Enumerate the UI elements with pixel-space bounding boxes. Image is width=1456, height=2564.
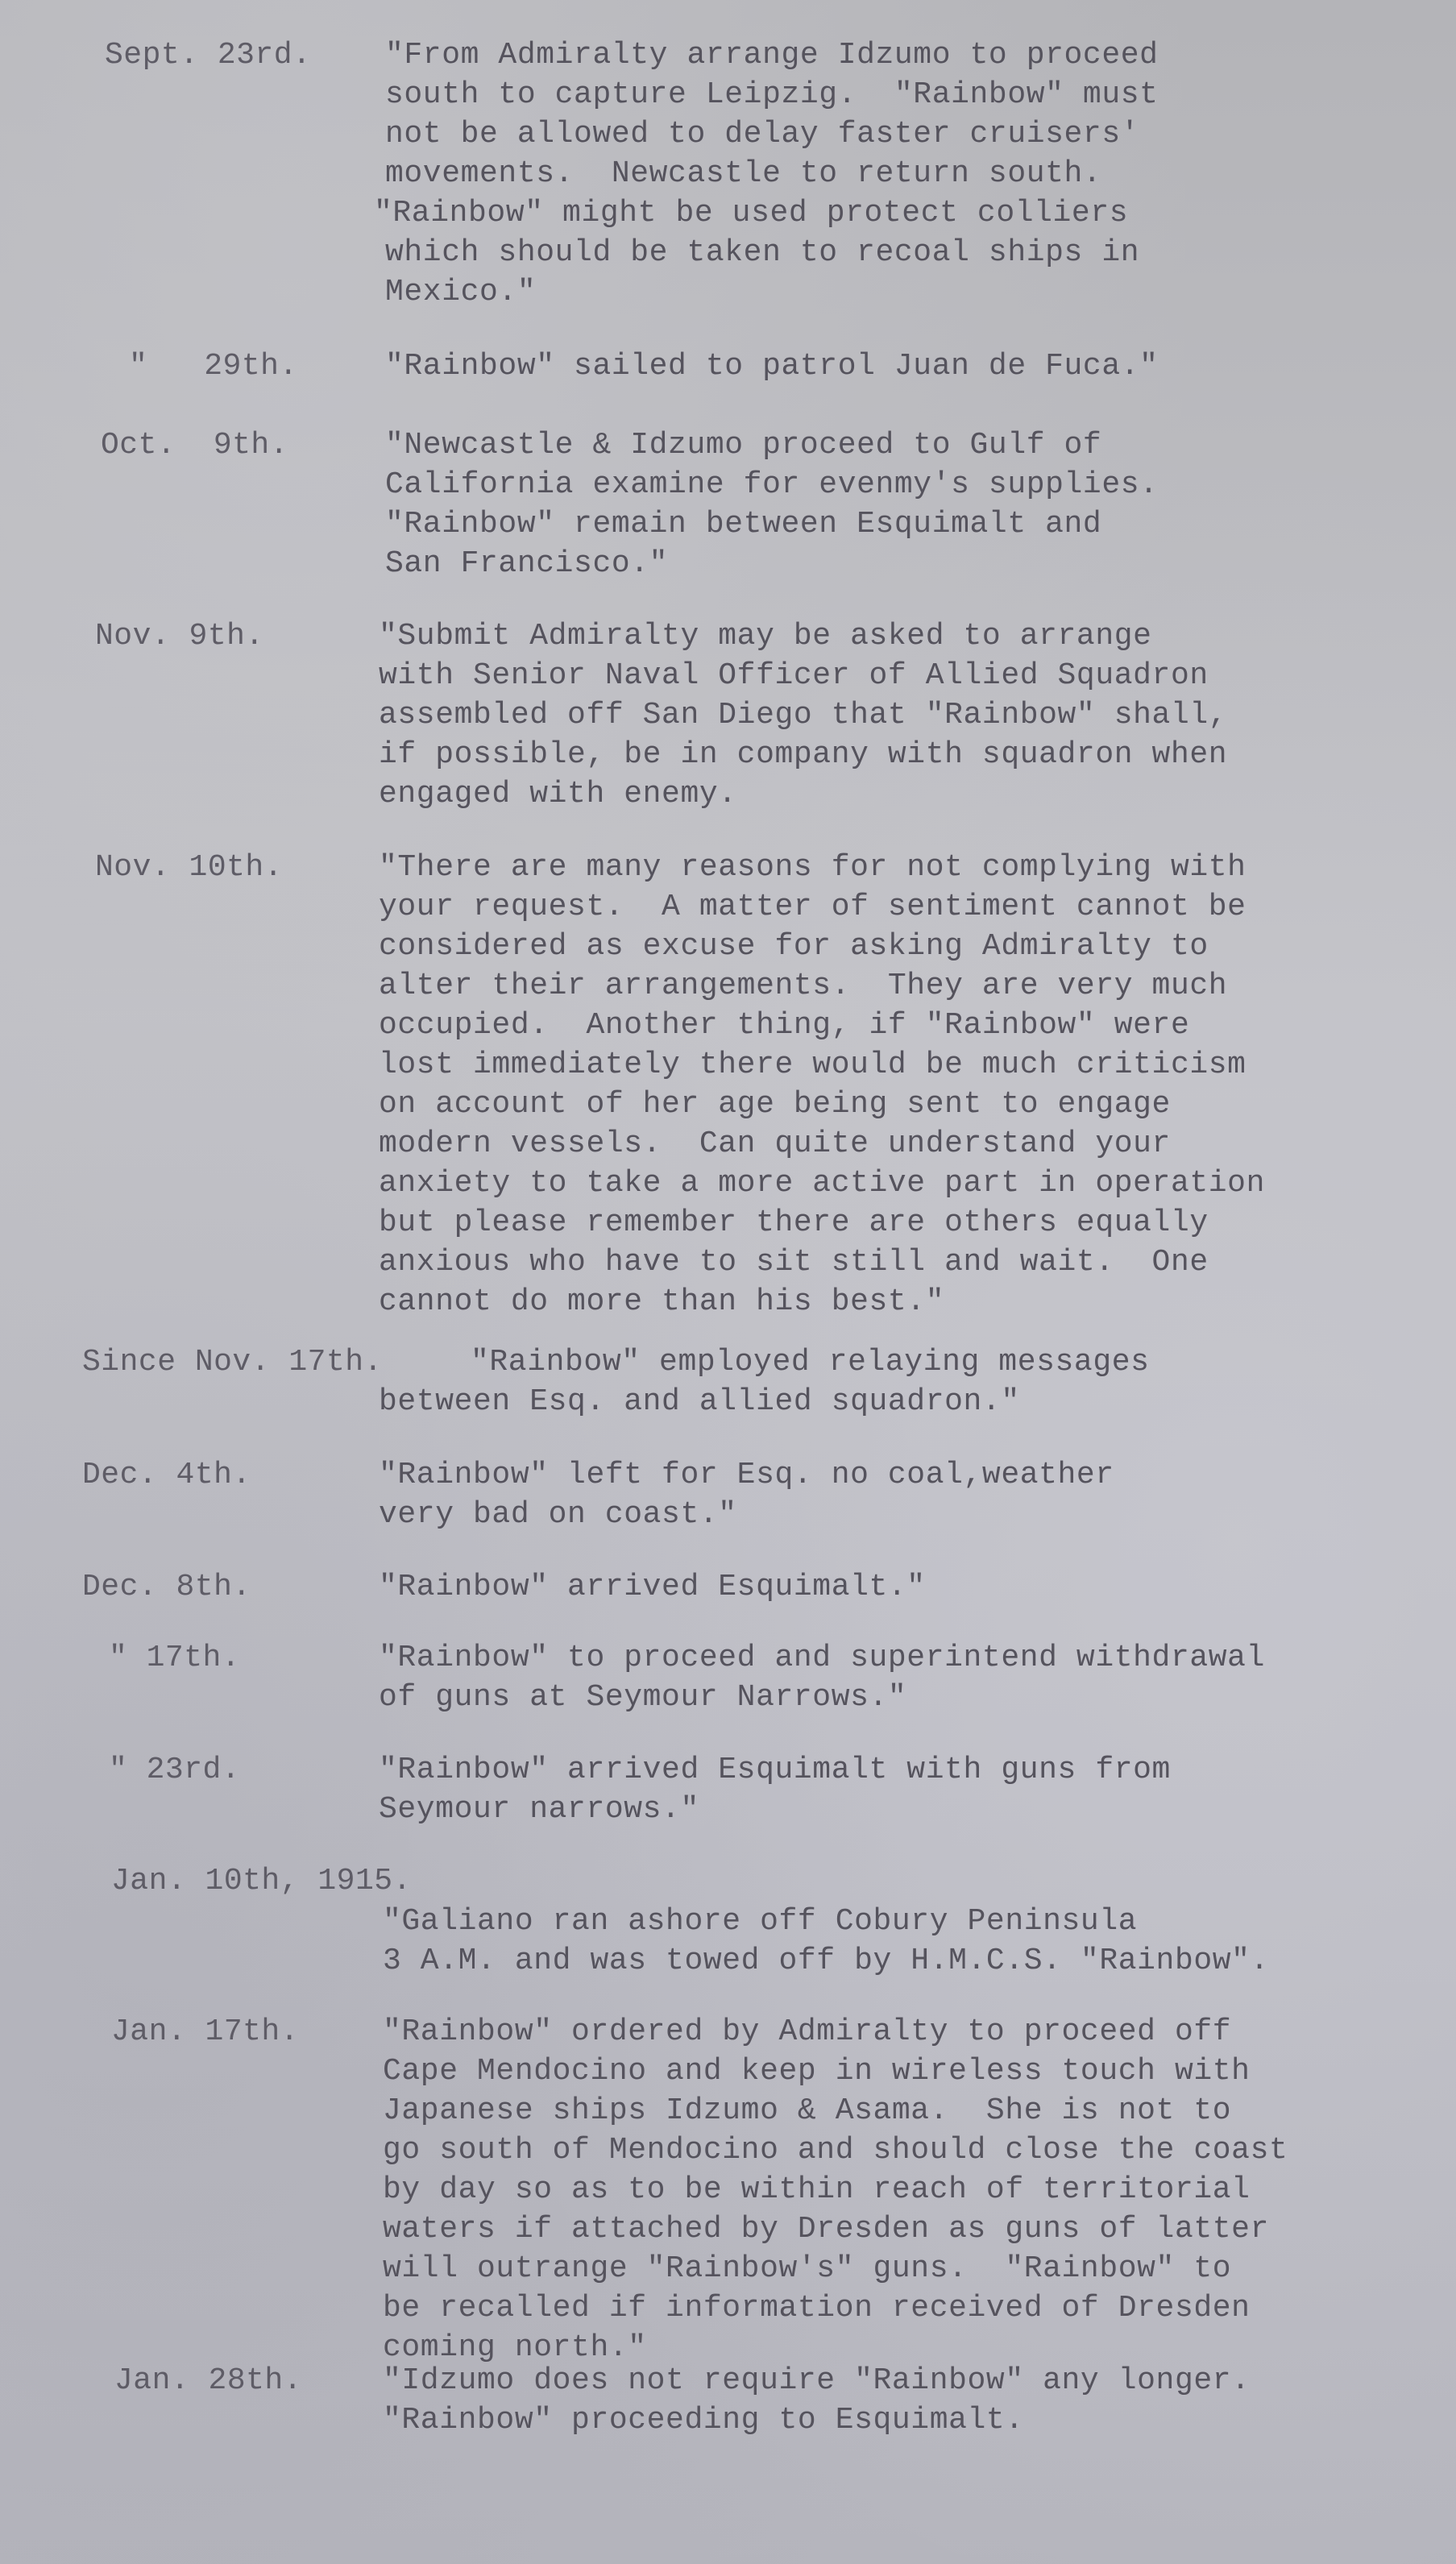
entry-date: Since Nov. 17th.	[82, 1342, 383, 1382]
text-line: Japanese ships Idzumo & Asama. She is no…	[383, 2091, 1456, 2130]
text-line: if possible, be in company with squadron…	[379, 735, 1450, 774]
text-line: but please remember there are others equ…	[379, 1203, 1456, 1243]
entry-text: "Rainbow" arrived Esquimalt with guns fr…	[379, 1750, 1426, 1829]
text-line: your request. A matter of sentiment cann…	[379, 887, 1456, 927]
text-line: not be allowed to delay faster cruisers'	[385, 114, 1433, 154]
text-line: assembled off San Diego that "Rainbow" s…	[379, 695, 1450, 735]
entry-text: "Newcastle & Idzumo proceed to Gulf of C…	[385, 425, 1433, 583]
text-line: anxious who have to sit still and wait. …	[379, 1243, 1456, 1282]
entry-text: "Galiano ran ashore off Cobury Peninsula…	[383, 1902, 1446, 1981]
text-line: "Submit Admiralty may be asked to arrang…	[379, 616, 1450, 656]
text-line: go south of Mendocino and should close t…	[383, 2130, 1456, 2170]
entry-text: "There are many reasons for not complyin…	[379, 848, 1456, 1321]
text-line: "Idzumo does not require "Rainbow" any l…	[383, 2361, 1446, 2400]
text-line: "Newcastle & Idzumo proceed to Gulf of	[385, 425, 1433, 465]
text-line: considered as excuse for asking Admiralt…	[379, 927, 1456, 966]
text-line: occupied. Another thing, if "Rainbow" we…	[379, 1006, 1456, 1045]
text-line: very bad on coast."	[379, 1495, 1426, 1534]
entry-text: "From Admiralty arrange Idzumo to procee…	[385, 35, 1433, 312]
entry-text: "Rainbow" to proceed and superintend wit…	[379, 1638, 1456, 1717]
entry-text: "Idzumo does not require "Rainbow" any l…	[383, 2361, 1446, 2440]
text-line: of guns at Seymour Narrows."	[379, 1678, 1456, 1717]
text-line: "Rainbow" ordered by Admiralty to procee…	[383, 2012, 1456, 2052]
text-line: "Rainbow" arrived Esquimalt."	[379, 1567, 1426, 1607]
entry-date: Dec. 8th.	[82, 1567, 251, 1607]
entry-date: Jan. 28th.	[114, 2361, 302, 2400]
entry-text: "Rainbow" employed relaying messages bet…	[379, 1342, 1426, 1421]
text-line: lost immediately there would be much cri…	[379, 1045, 1456, 1085]
text-line: "Rainbow" remain between Esquimalt and	[385, 504, 1433, 544]
entry-text: "Rainbow" arrived Esquimalt."	[379, 1567, 1426, 1607]
entry-date: Jan. 17th.	[111, 2012, 299, 2052]
text-line: which should be taken to recoal ships in	[385, 233, 1433, 272]
text-line: "Rainbow" left for Esq. no coal,weather	[379, 1455, 1426, 1495]
text-line: 3 A.M. and was towed off by H.M.C.S. "Ra…	[383, 1941, 1446, 1981]
text-line: south to capture Leipzig. "Rainbow" must	[385, 75, 1433, 114]
text-line: be recalled if information received of D…	[383, 2288, 1456, 2328]
entry-date: Nov. 10th.	[95, 848, 283, 887]
text-line: "Rainbow" to proceed and superintend wit…	[379, 1638, 1456, 1678]
text-line: San Francisco."	[385, 544, 1433, 583]
entry-text: "Rainbow" sailed to patrol Juan de Fuca.…	[385, 346, 1433, 386]
text-line: "Rainbow" employed relaying messages	[471, 1342, 1426, 1382]
text-line: Mexico."	[385, 272, 1433, 312]
text-line: modern vessels. Can quite understand you…	[379, 1124, 1456, 1164]
entry-date: " 17th.	[109, 1638, 240, 1678]
text-line: anxiety to take a more active part in op…	[379, 1164, 1456, 1203]
text-line: will outrange "Rainbow's" guns. "Rainbow…	[383, 2249, 1456, 2288]
text-line: "Rainbow" arrived Esquimalt with guns fr…	[379, 1750, 1426, 1790]
text-line: cannot do more than his best."	[379, 1282, 1456, 1321]
text-line: "Rainbow" might be used protect colliers	[374, 193, 1433, 233]
entry-date: " 29th.	[129, 346, 298, 386]
text-line: "There are many reasons for not complyin…	[379, 848, 1456, 887]
typewritten-document-page: Sept. 23rd. "From Admiralty arrange Idzu…	[0, 0, 1456, 2564]
entry-date: Dec. 4th.	[82, 1455, 251, 1495]
text-line: engaged with enemy.	[379, 774, 1450, 814]
entry-text: "Rainbow" left for Esq. no coal,weather …	[379, 1455, 1426, 1534]
text-line: "From Admiralty arrange Idzumo to procee…	[385, 35, 1433, 75]
text-line: with Senior Naval Officer of Allied Squa…	[379, 656, 1450, 695]
text-line: "Galiano ran ashore off Cobury Peninsula	[383, 1902, 1446, 1941]
text-line: waters if attached by Dresden as guns of…	[383, 2209, 1456, 2249]
text-line: Cape Mendocino and keep in wireless touc…	[383, 2052, 1456, 2091]
text-line: California examine for evenmy's supplies…	[385, 465, 1433, 504]
entry-date: Nov. 9th.	[95, 616, 264, 656]
entry-date: " 23rd.	[109, 1750, 240, 1790]
entry-date: Jan. 10th, 1915.	[111, 1861, 412, 1901]
text-line: Seymour narrows."	[379, 1790, 1426, 1829]
text-line: between Esq. and allied squadron."	[379, 1382, 1426, 1421]
text-line: movements. Newcastle to return south.	[385, 154, 1433, 193]
text-line: alter their arrangements. They are very …	[379, 966, 1456, 1006]
text-line: "Rainbow" proceeding to Esquimalt.	[383, 2400, 1446, 2440]
entry-date: Oct. 9th.	[101, 425, 288, 465]
entry-date: Sept. 23rd.	[105, 35, 311, 75]
text-line: by day so as to be within reach of terri…	[383, 2170, 1456, 2209]
entry-text: "Rainbow" ordered by Admiralty to procee…	[383, 2012, 1456, 2367]
text-line: "Rainbow" sailed to patrol Juan de Fuca.…	[385, 346, 1433, 386]
text-line: on account of her age being sent to enga…	[379, 1085, 1456, 1124]
entry-text: "Submit Admiralty may be asked to arrang…	[379, 616, 1450, 814]
